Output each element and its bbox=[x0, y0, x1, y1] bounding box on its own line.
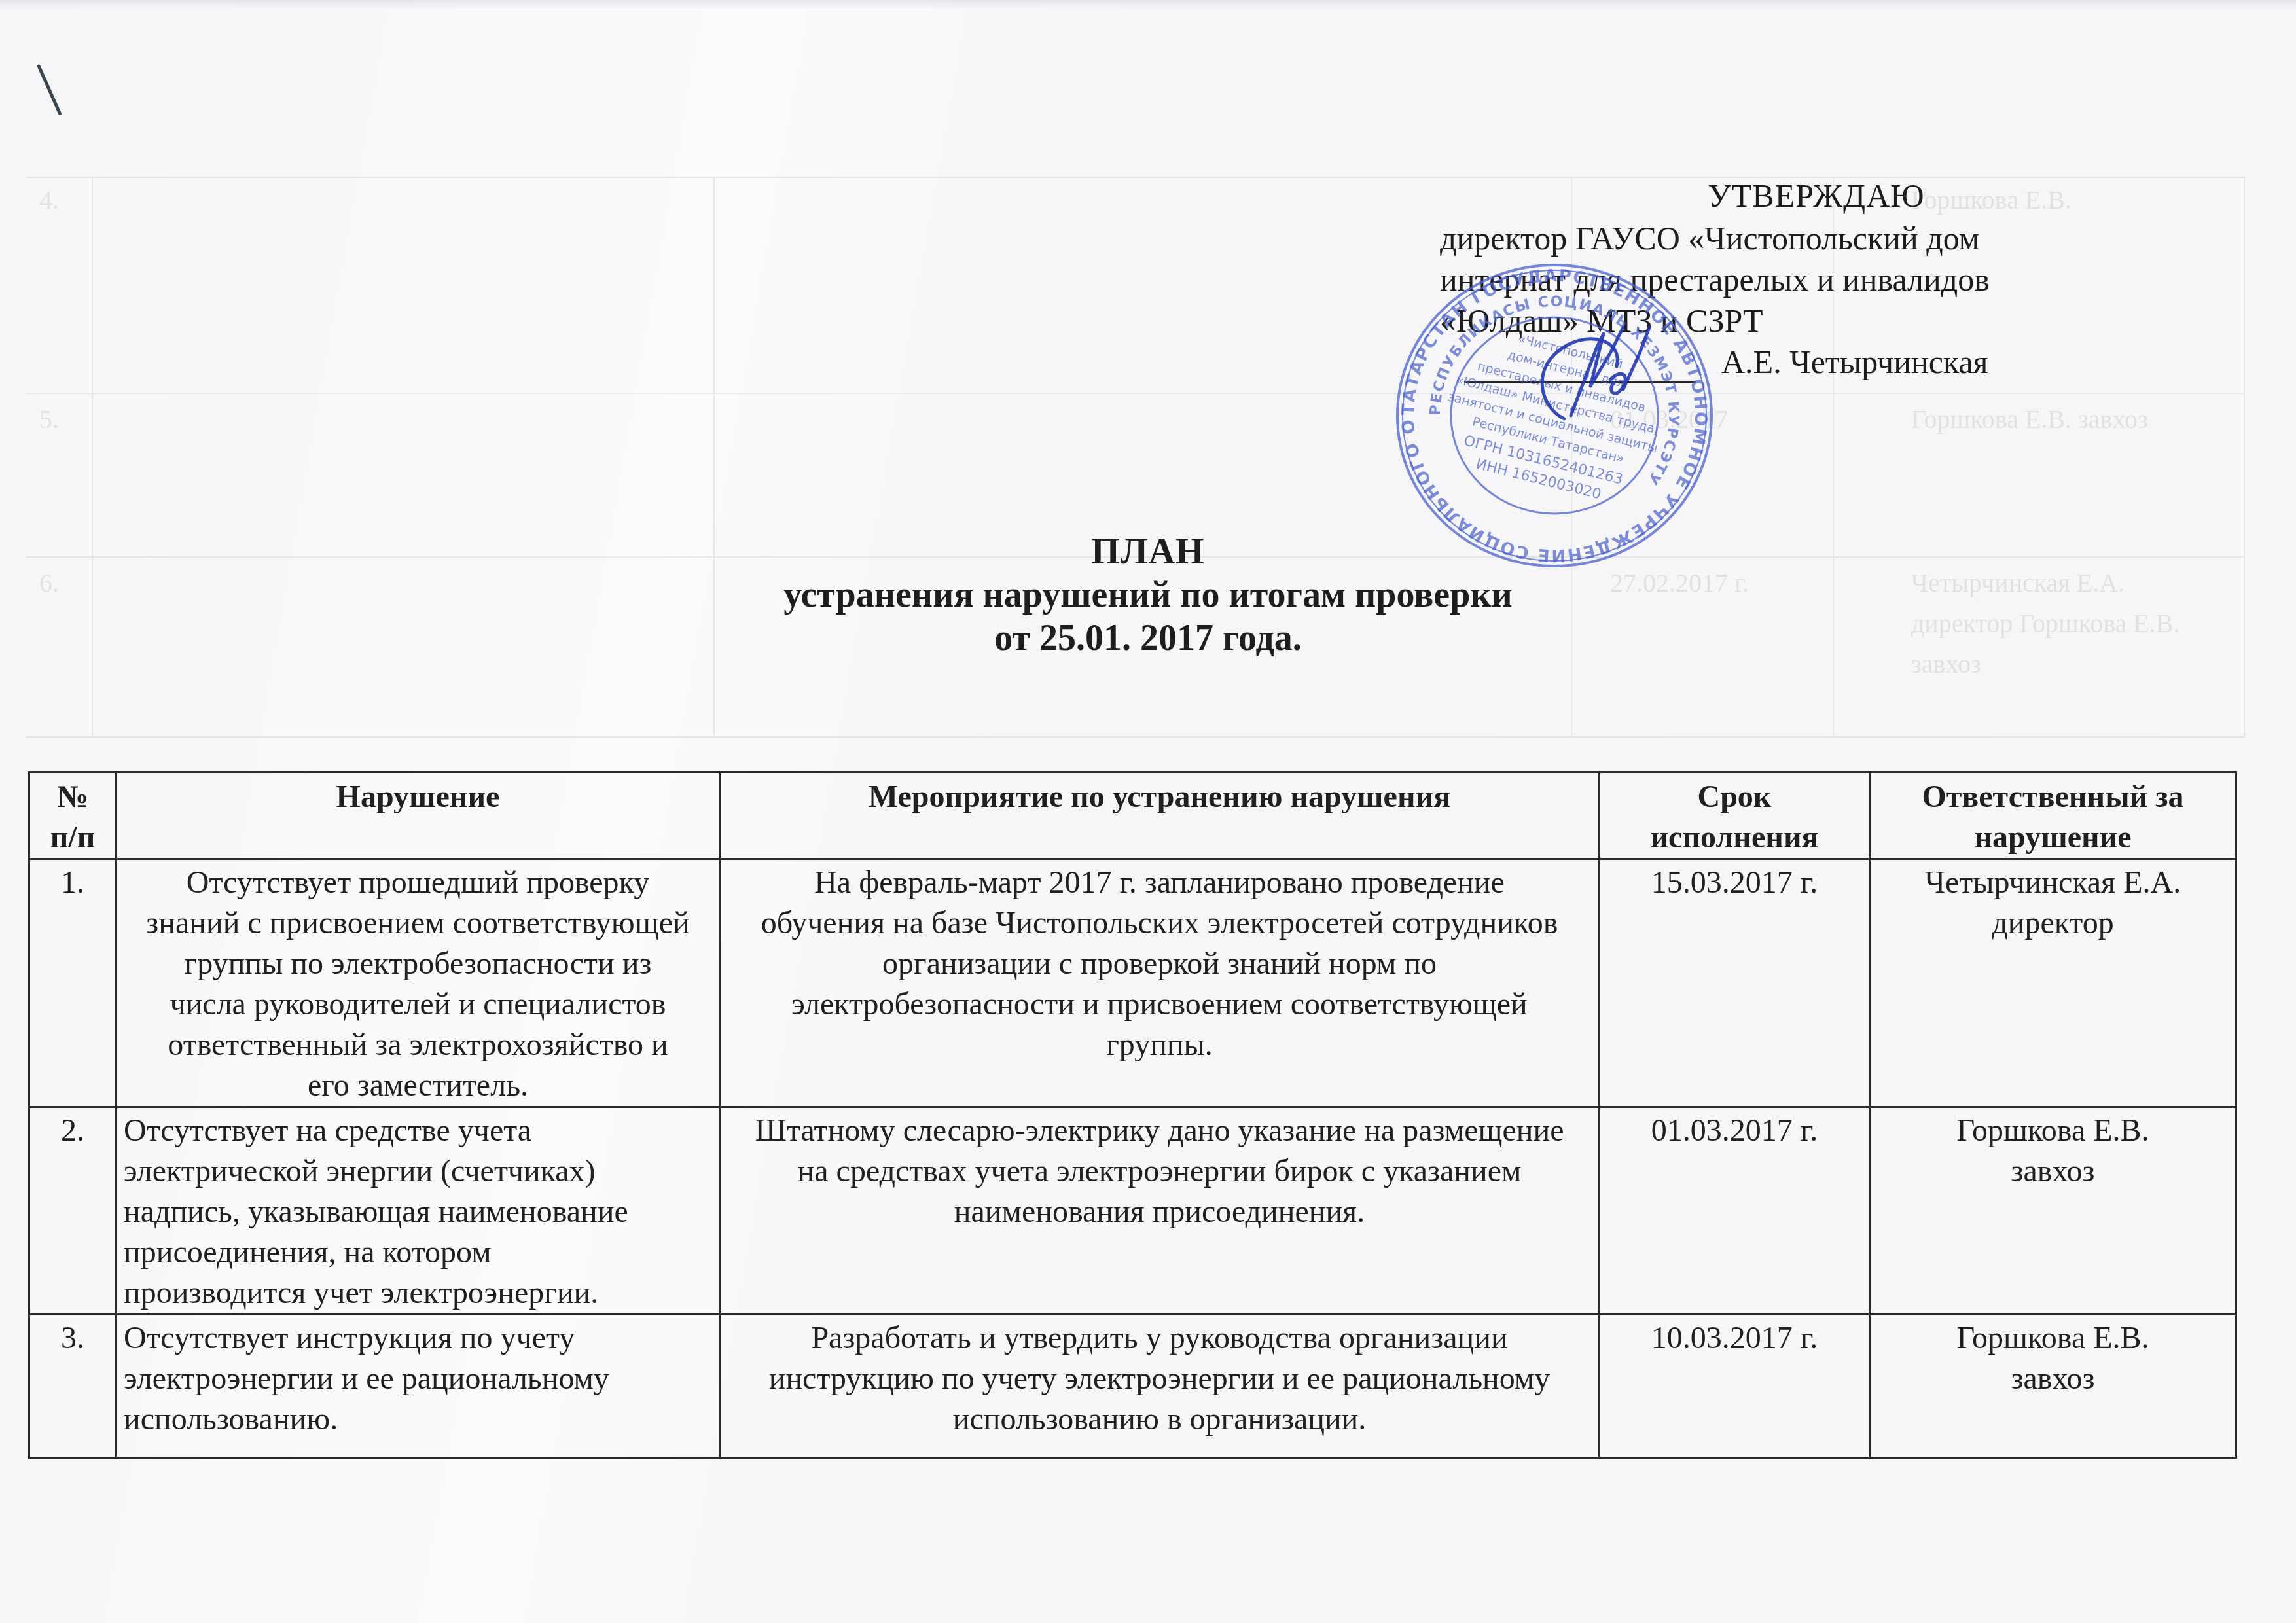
bleed-num: 5. bbox=[39, 399, 59, 440]
header-deadline: Срок исполнения bbox=[1600, 772, 1870, 859]
responsible-cell: Горшкова Е.В. завхоз bbox=[1870, 1107, 2236, 1315]
stamp-center-line: Республики Татарстан» bbox=[1471, 414, 1626, 466]
signatory-name: А.Е. Четырчинская bbox=[1721, 342, 1988, 383]
violation-cell: Отсутствует на средстве учета электричес… bbox=[117, 1107, 720, 1315]
bleed-rule bbox=[26, 393, 2245, 394]
staple-mark bbox=[37, 64, 62, 116]
header-responsible: Ответственный за нарушение bbox=[1870, 772, 2236, 859]
header-number: № п/п bbox=[29, 772, 117, 859]
bleed-rule bbox=[26, 736, 2245, 738]
approval-block: УТВЕРЖДАЮ директор ГАУСО «Чистопольский … bbox=[1440, 175, 2173, 383]
title-subject: устранения нарушений по итогам проверки bbox=[0, 573, 2296, 616]
approval-line: директор ГАУСО «Чистопольский дом bbox=[1440, 218, 2173, 259]
bleed-date: 01.03.2017 bbox=[1610, 399, 1728, 440]
measure-cell: Штатному слесарю-электрику дано указание… bbox=[720, 1107, 1600, 1315]
header-violation: Нарушение bbox=[117, 772, 720, 859]
approval-line: «Юлдаш» МТЗ и СЗРТ bbox=[1440, 300, 2173, 342]
row-number: 1. bbox=[29, 859, 117, 1107]
approval-heading: УТВЕРЖДАЮ bbox=[1440, 175, 2173, 217]
responsible-cell: Горшкова Е.В. завхоз bbox=[1870, 1315, 2236, 1458]
stamp-center-line: занятости и социальной защиты bbox=[1446, 389, 1659, 455]
stamp-center-line: ИНН 1652003020 bbox=[1474, 456, 1603, 503]
row-number: 2. bbox=[29, 1107, 117, 1315]
signature-row: А.Е. Четырчинская bbox=[1440, 342, 2173, 383]
bleed-name: Горшкова Е.В. завхоз bbox=[1911, 399, 2225, 440]
table-row: 1. Отсутствует прошедший проверку знаний… bbox=[29, 859, 2236, 1107]
signature-line bbox=[1464, 351, 1696, 383]
violation-cell: Отсутствует прошедший проверку знаний с … bbox=[117, 859, 720, 1107]
responsible-cell: Четырчинская Е.А. директор bbox=[1870, 859, 2236, 1107]
scanned-page: 4. 5. 6. 01.03.2017 27.02.2017 г. Горшко… bbox=[0, 0, 2296, 1623]
row-number: 3. bbox=[29, 1315, 117, 1458]
violation-cell: Отсутствует инструкция по учету электроэ… bbox=[117, 1315, 720, 1458]
page-top-edge bbox=[0, 0, 2296, 9]
violations-plan-table: № п/п Нарушение Мероприятие по устранени… bbox=[28, 771, 2237, 1459]
document-title: ПЛАН устранения нарушений по итогам пров… bbox=[0, 530, 2296, 660]
deadline-cell: 15.03.2017 г. bbox=[1600, 859, 1870, 1107]
measure-cell: На февраль-март 2017 г. запланировано пр… bbox=[720, 859, 1600, 1107]
measure-cell: Разработать и утвердить у руководства ор… bbox=[720, 1315, 1600, 1458]
deadline-cell: 10.03.2017 г. bbox=[1600, 1315, 1870, 1458]
deadline-cell: 01.03.2017 г. bbox=[1600, 1107, 1870, 1315]
title-date: от 25.01. 2017 года. bbox=[0, 616, 2296, 660]
table-row: 3. Отсутствует инструкция по учету элект… bbox=[29, 1315, 2236, 1458]
stamp-center-line: ОГРН 1031652401263 bbox=[1462, 433, 1624, 488]
bleed-num: 4. bbox=[39, 180, 59, 221]
approval-line: интернат для престарелых и инвалидов bbox=[1440, 259, 2173, 300]
header-measure: Мероприятие по устранению нарушения bbox=[720, 772, 1600, 859]
title-plan: ПЛАН bbox=[0, 530, 2296, 573]
table-header-row: № п/п Нарушение Мероприятие по устранени… bbox=[29, 772, 2236, 859]
table-row: 2. Отсутствует на средстве учета электри… bbox=[29, 1107, 2236, 1315]
